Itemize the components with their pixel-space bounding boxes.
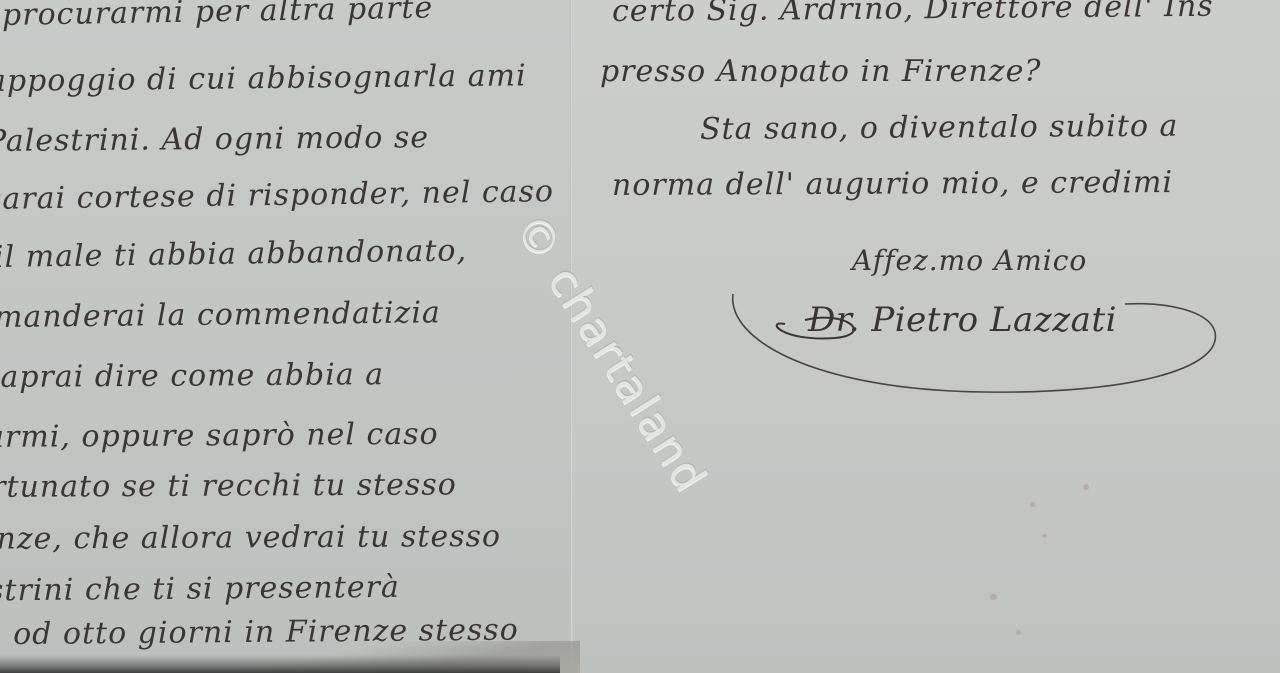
left-line-9: fortunato se ti recchi tu stesso [0,467,457,505]
foxing-spot [990,594,997,600]
left-line-7: saprai dire come abbia a [0,357,384,395]
right-line-4: norma dell' augurio mio, e credimi [612,165,1173,203]
left-line-8: farmi, oppure saprò nel caso [0,417,439,455]
left-line-2: appoggio di cui abbisognarla ami [0,58,527,99]
foxing-spot [1016,630,1021,635]
foxing-spot [1083,484,1089,490]
bottom-edge-shadow [0,655,560,673]
signature-flourish-icon [725,280,1225,400]
right-line-2: presso Anopato in Firenze? [600,54,1041,89]
closing-salutation: Affez.mo Amico [852,244,1087,277]
left-line-3: Palestrini. Ad ogni modo se [0,120,429,159]
left-line-5: il male ti abbia abbandonato, [0,233,467,275]
left-line-10: Firenze, che allora vedrai tu stesso [0,519,501,557]
left-line-6: manderai la commendatizia [0,295,441,335]
right-line-3: Sta sano, o diventalo subito a [700,109,1179,147]
left-line-11: Palestrini che ti si presenterà [0,570,400,609]
foxing-spot [1030,502,1035,507]
letter-photo: procurarmi per altra parte appoggio di c… [0,0,1280,673]
foxing-spot [1042,534,1047,538]
